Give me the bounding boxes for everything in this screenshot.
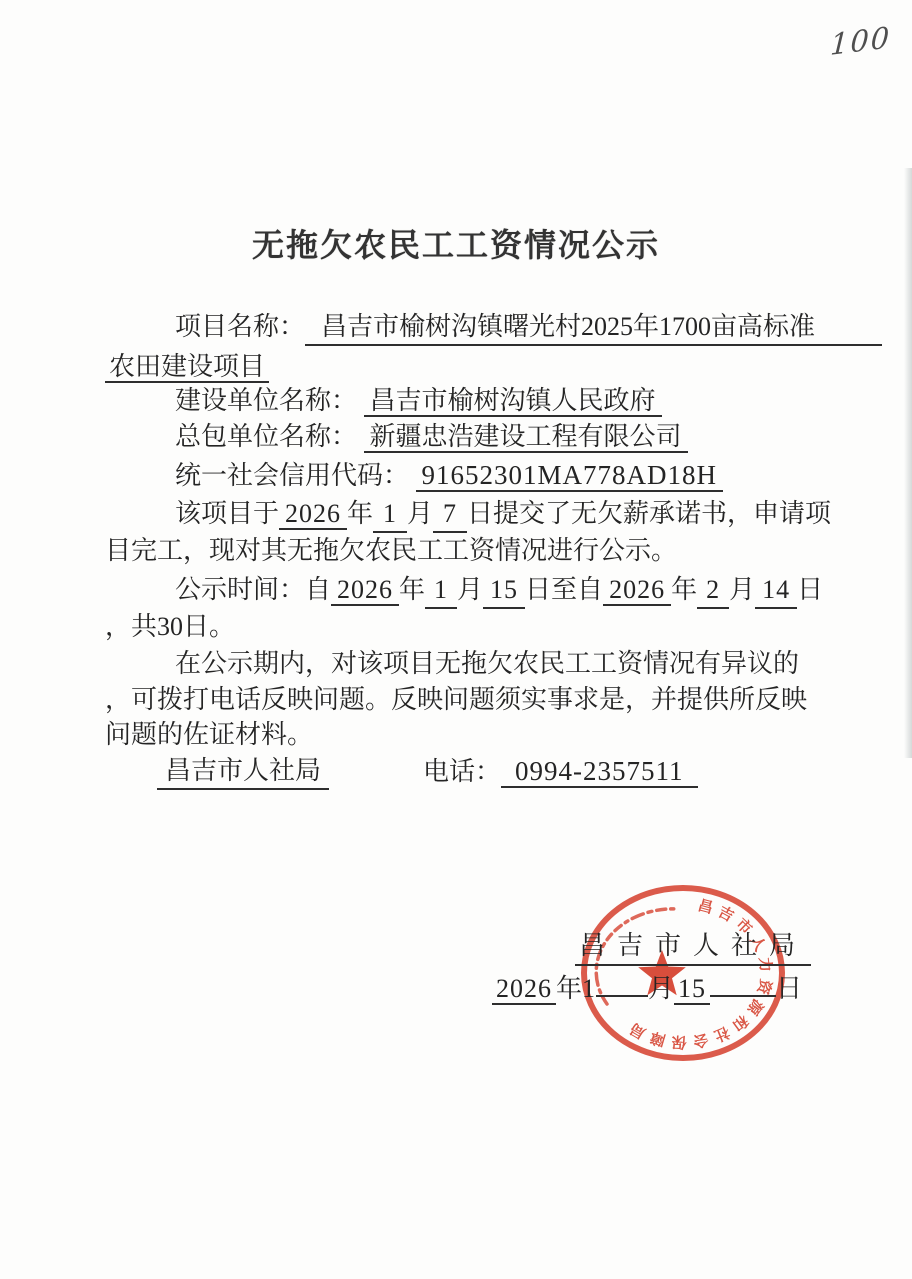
date-gap-1 <box>596 995 648 997</box>
date-month-num: 1 <box>582 974 596 1003</box>
date-year-unit: 年 <box>556 974 582 1003</box>
submission-month-unit: 月 <box>407 499 433 528</box>
submission-line1: 该项目于2026年1月7日提交了无欠薪承诺书，申请项 <box>105 497 882 533</box>
date-year: 2026 <box>492 974 556 1005</box>
project-name-label: 项目名称： <box>175 310 305 344</box>
publicity-start-day: 15 <box>483 573 525 609</box>
publicity-u4: 月 <box>729 575 755 604</box>
appeal-line3: 问题的佐证材料。 <box>105 718 812 752</box>
phone-value: 0994-2357511 <box>501 756 698 788</box>
scanned-document-page: 100 无拖欠农民工工资情况公示 项目名称： 昌吉市榆树沟镇曙光村2025年17… <box>0 0 912 1279</box>
appeal-line1: 在公示期内，对该项目无拖欠农民工工资情况有异议的 <box>105 647 882 681</box>
credit-code-line: 统一社会信用代码： 91652301MA778AD18H <box>105 458 882 493</box>
project-name-line2: 农田建设项目 <box>105 350 812 384</box>
submission-line2: 目完工，现对其无拖欠农民工工资情况进行公示。 <box>105 534 812 568</box>
publicity-end: 日 <box>797 575 823 604</box>
submission-post: 日提交了无欠薪承诺书，申请项 <box>467 499 831 528</box>
signature-date: 2026年1月15日 <box>492 968 802 1005</box>
publicity-start-year: 2026 <box>331 575 399 606</box>
project-name-value-cont: 农田建设项目 <box>105 352 269 383</box>
publicity-line1: 公示时间：自2026年1月15日至自2026年2月14日 <box>105 573 882 609</box>
publicity-end-year: 2026 <box>603 575 671 606</box>
publicity-end-month: 2 <box>697 573 729 609</box>
phone-label: 电话： <box>423 757 501 786</box>
submission-pre: 该项目于 <box>175 499 279 528</box>
publicity-u2: 月 <box>457 575 483 604</box>
credit-code-value: 91652301MA778AD18H <box>416 460 724 492</box>
contractor-label: 总包单位名称： <box>175 422 357 451</box>
publicity-line2: ，共30日。 <box>105 610 812 644</box>
handwritten-page-number: 100 <box>829 20 892 62</box>
project-name-value: 昌吉市榆树沟镇曙光村2025年1700亩高标准 <box>305 310 882 346</box>
document-title: 无拖欠农民工工资情况公示 <box>0 220 912 266</box>
phone-group: 电话：0994-2357511 <box>423 754 698 789</box>
contractor-value: 新疆忠浩建设工程有限公司 <box>364 422 688 453</box>
builder-value: 昌吉市榆树沟镇人民政府 <box>364 386 662 417</box>
submission-month: 1 <box>373 497 407 533</box>
submission-year-unit: 年 <box>347 499 373 528</box>
date-day: 15 <box>674 974 710 1005</box>
appeal-line2: ，可拨打电话反映问题。反映问题须实事求是，并提供所反映 <box>105 683 812 717</box>
signature-agency: 昌吉市人社局 <box>575 925 811 966</box>
publicity-u3: 年 <box>671 575 697 604</box>
agency-name: 昌吉市人社局 <box>157 754 329 790</box>
publicity-mid: 日至自 <box>525 575 603 604</box>
publicity-end-day: 14 <box>755 573 797 609</box>
date-day-unit: 日 <box>776 974 802 1003</box>
date-gap-2 <box>710 995 776 997</box>
publicity-u1: 年 <box>399 575 425 604</box>
project-name-line: 项目名称： 昌吉市榆树沟镇曙光村2025年1700亩高标准 <box>105 310 882 346</box>
credit-code-label: 统一社会信用代码： <box>175 461 409 490</box>
builder-line: 建设单位名称： 昌吉市榆树沟镇人民政府 <box>105 384 882 418</box>
publicity-pre: 公示时间：自 <box>175 575 331 604</box>
submission-year: 2026 <box>279 499 347 530</box>
contractor-line: 总包单位名称： 新疆忠浩建设工程有限公司 <box>105 420 882 454</box>
builder-label: 建设单位名称： <box>175 386 357 415</box>
date-month-unit: 月 <box>648 974 674 1003</box>
submission-day: 7 <box>433 497 467 533</box>
publicity-start-month: 1 <box>425 573 457 609</box>
